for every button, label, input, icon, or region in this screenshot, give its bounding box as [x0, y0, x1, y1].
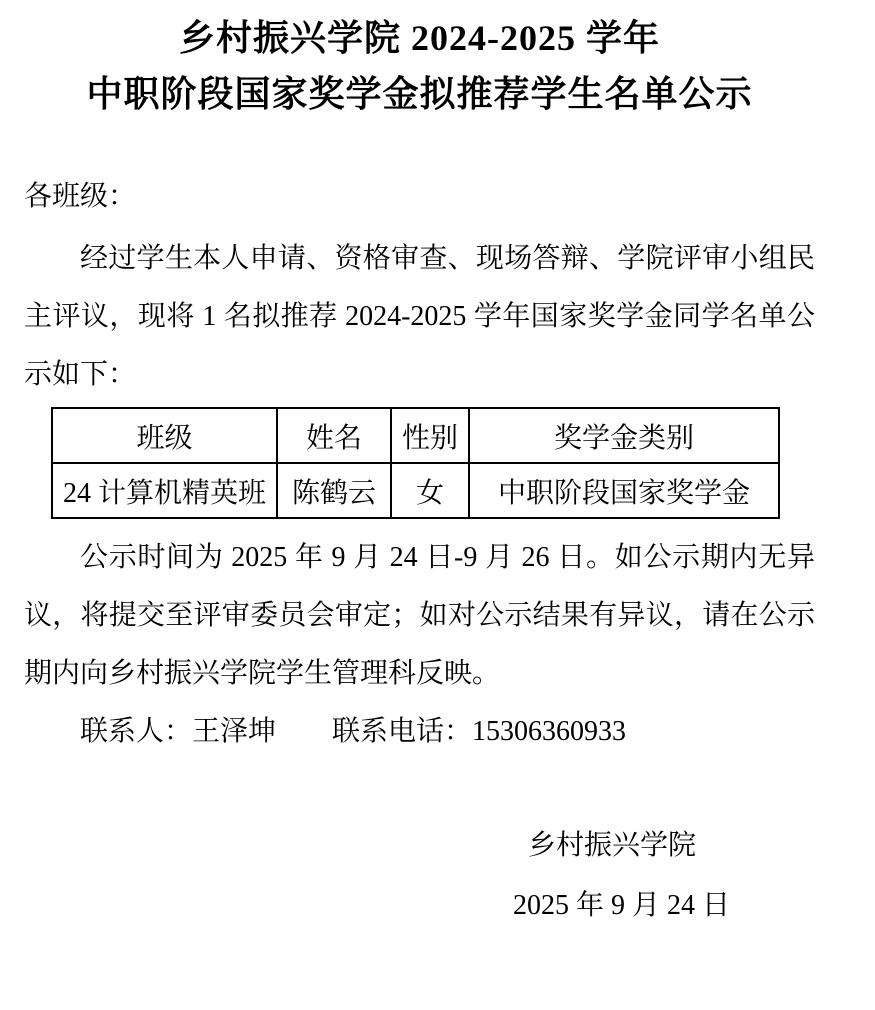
recommended-students-table: 班级 姓名 性别 奖学金类别 24 计算机精英班 陈鹤云 女 中职阶段国家奖学金 [51, 407, 780, 519]
table-row: 24 计算机精英班 陈鹤云 女 中职阶段国家奖学金 [52, 463, 779, 518]
intro-paragraph: 经过学生本人申请、资格审查、现场答辩、学院评审小组民主评议，现将 1 名拟推荐 … [24, 230, 815, 404]
signature-organization: 乡村振兴学院 [24, 816, 815, 876]
cell-class: 24 计算机精英班 [52, 463, 277, 518]
header-cell-name: 姓名 [277, 408, 391, 463]
document-title-line2: 中职阶段国家奖学金拟推荐学生名单公示 [24, 66, 815, 122]
contact-line: 联系人：王泽坤 联系电话：15306360933 [24, 703, 815, 761]
header-cell-scholarship-type: 奖学金类别 [469, 408, 779, 463]
document-title-line1: 乡村振兴学院 2024-2025 学年 [24, 10, 815, 66]
cell-name: 陈鹤云 [277, 463, 391, 518]
signature-date: 2025 年 9 月 24 日 [24, 876, 815, 936]
document-title: 乡村振兴学院 2024-2025 学年 中职阶段国家奖学金拟推荐学生名单公示 [24, 10, 815, 122]
cell-sex: 女 [391, 463, 469, 518]
header-cell-class: 班级 [52, 408, 277, 463]
cell-scholarship-type: 中职阶段国家奖学金 [469, 463, 779, 518]
table-header-row: 班级 姓名 性别 奖学金类别 [52, 408, 779, 463]
notice-paragraph: 公示时间为 2025 年 9 月 24 日-9 月 26 日。如公示期内无异议，… [24, 529, 815, 703]
salutation: 各班级： [24, 168, 815, 226]
signature-block: 乡村振兴学院 2025 年 9 月 24 日 [24, 816, 815, 936]
header-cell-sex: 性别 [391, 408, 469, 463]
document-page: 乡村振兴学院 2024-2025 学年 中职阶段国家奖学金拟推荐学生名单公示 各… [0, 0, 875, 1010]
